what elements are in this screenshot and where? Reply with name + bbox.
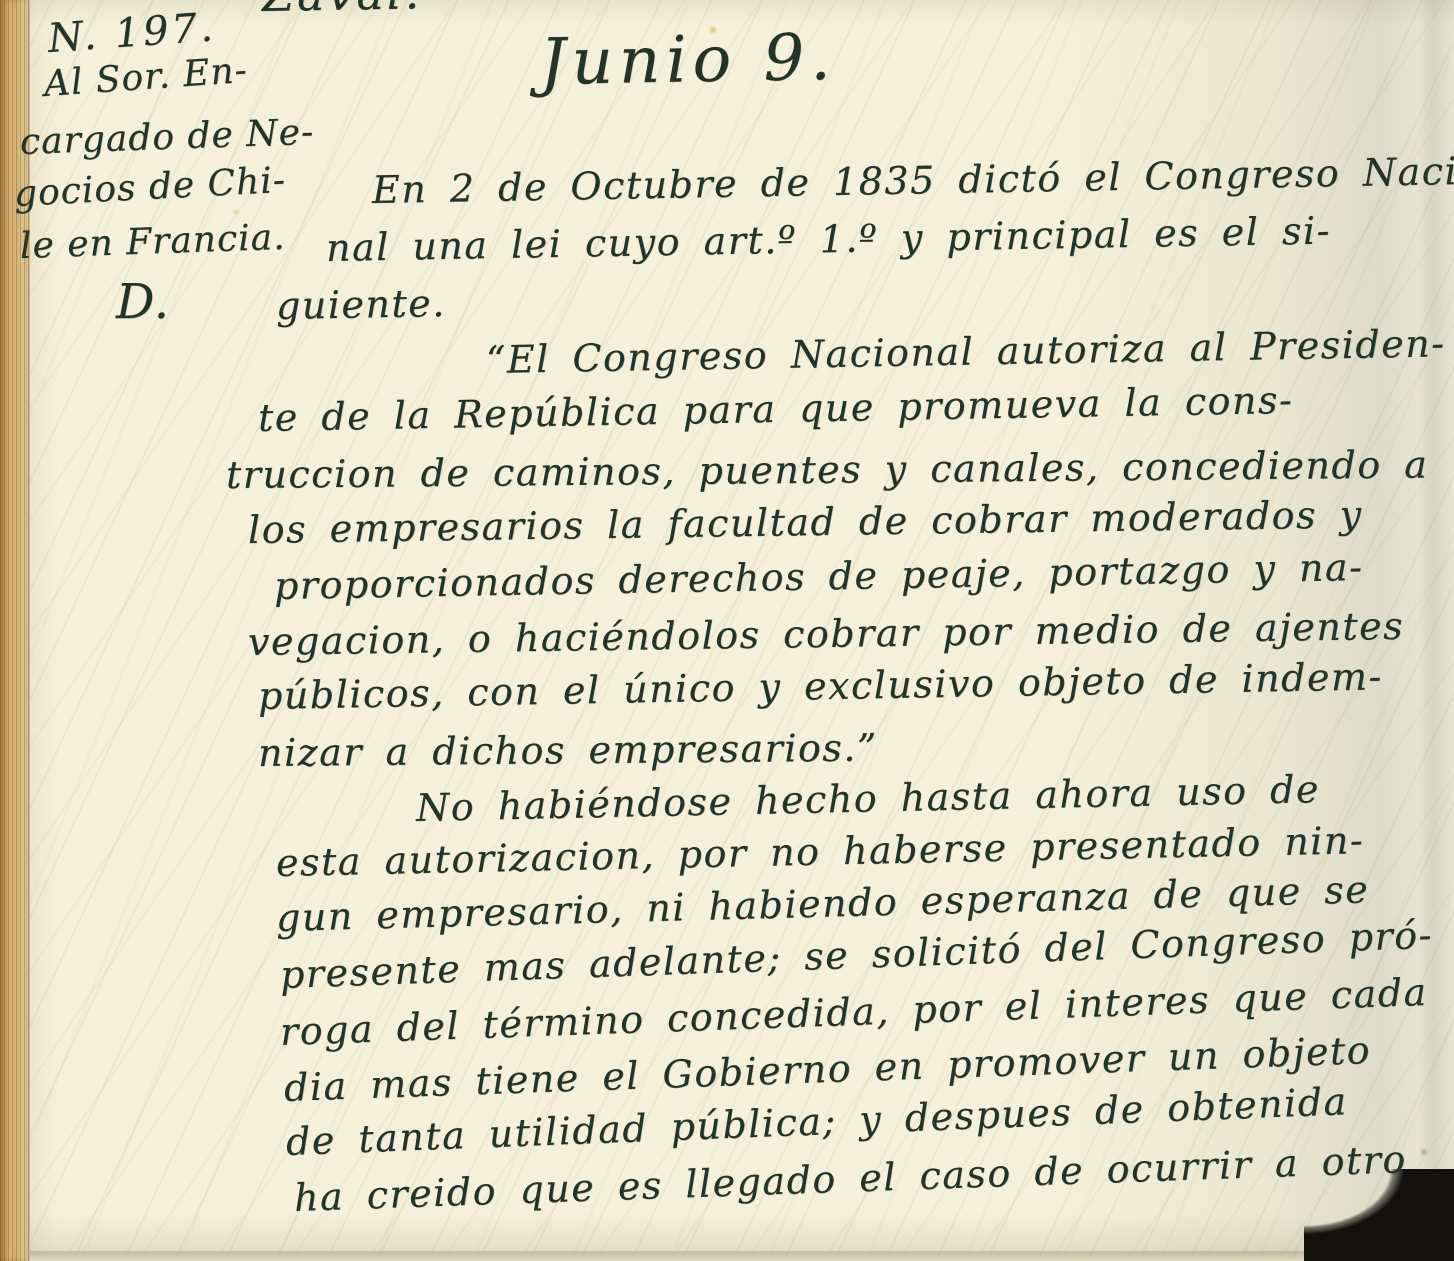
page-bottom-edge: [30, 1251, 1304, 1261]
entry-date-heading: Junio 9.: [539, 21, 837, 100]
manuscript-line: nizar a dichos empresarios.”: [258, 726, 878, 775]
previous-entry-fragment: Zaval.: [262, 0, 423, 22]
manuscript-scan: Zaval. Junio 9. N. 197. Al Sor. En-carga…: [0, 0, 1454, 1261]
margin-note-line: D.: [116, 274, 170, 330]
manuscript-line: guiente.: [276, 281, 447, 328]
